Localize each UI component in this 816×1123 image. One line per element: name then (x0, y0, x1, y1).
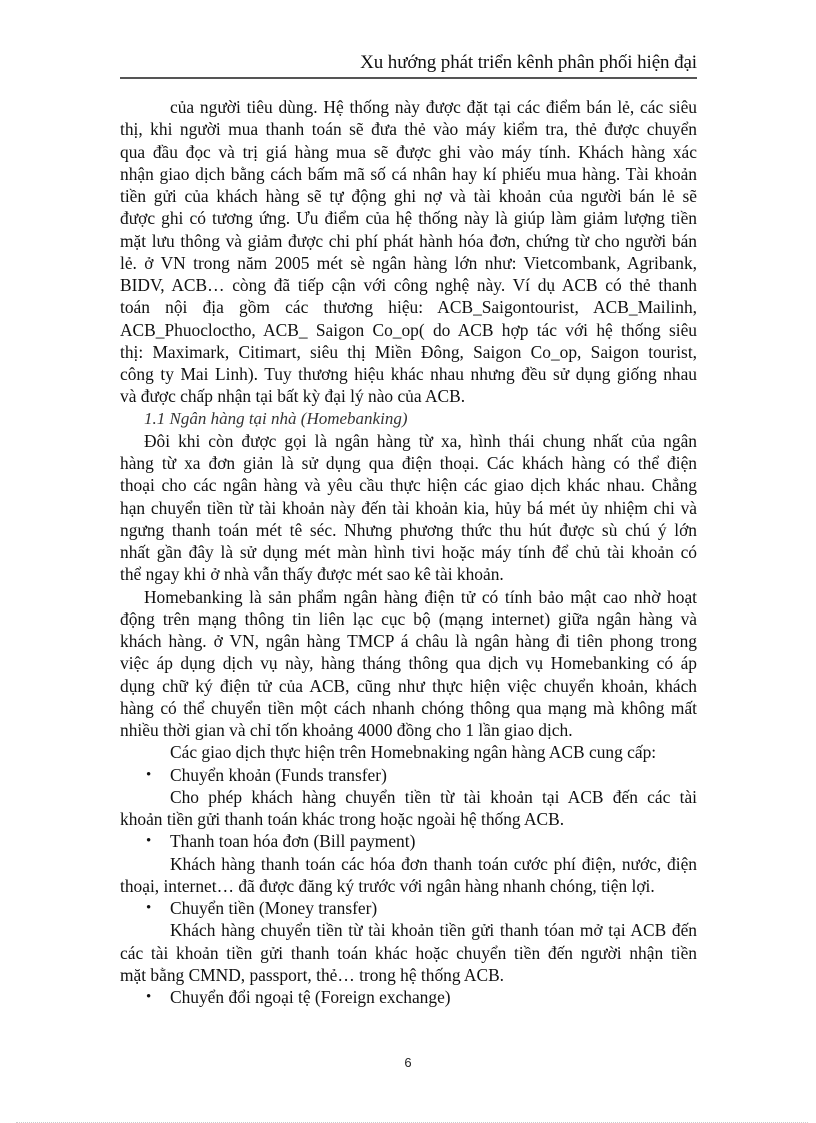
text-line: của người tiêu dùng. Hệ thống này được đ… (120, 96, 697, 118)
text-line: BIDV, ACB… còng đã tiếp cận với công ngh… (120, 274, 697, 296)
text-line: Khách hàng thanh toán các hóa đơn thanh … (120, 853, 697, 875)
bullet-item: Chuyển đổi ngoại tệ (Foreign exchange) (120, 986, 697, 1008)
text-line: việc áp dụng dịch vụ này, hàng tháng thô… (120, 652, 697, 674)
text-line: động trên mạng thông tin liên lạc cục bộ… (120, 608, 697, 630)
text-line: ACB_Phuocloctho, ACB_ Saigon Co_op( do A… (120, 319, 697, 341)
text-line: tiền gửi của khách hàng sẽ tự động ghi n… (120, 185, 697, 207)
text-line: thị: Maximark, Citimart, siêu thị Miền Đ… (120, 341, 697, 363)
text-line: thể ngay khi ở nhà vẫn thấy được mét sao… (120, 563, 697, 585)
bullet-item: Chuyển khoản (Funds transfer) (120, 764, 697, 786)
text-line: Cho phép khách hàng chuyển tiền từ tài k… (120, 786, 697, 808)
text-line: ngưng thanh toán mét tê séc. Nhưng phươn… (120, 519, 697, 541)
page-header: Xu hướng phát triển kênh phân phối hiện … (120, 48, 697, 79)
text-line: hàng từ xa đơn giản là sử dụng qua điện … (120, 452, 697, 474)
section-heading: 1.1 Ngân hàng tại nhà (Homebanking) (120, 408, 697, 430)
text-line: hạn chuyển tiền từ tài khoản này đến tài… (120, 497, 697, 519)
text-line: và được chấp nhận tại bất kỳ đại lý nào … (120, 385, 697, 407)
text-line: thoại cho các ngân hàng và yêu cầu thực … (120, 474, 697, 496)
text-line: dụng chữ ký điện tử của ACB, cũng như th… (120, 675, 697, 697)
text-line: nhiều thời gian và chỉ tốn khoảng 4000 đ… (120, 719, 697, 741)
text-line: nhất gần đây là sử dụng mét màn hình tiv… (120, 541, 697, 563)
text-line: Khách hàng chuyển tiền từ tài khoản tiền… (120, 919, 697, 941)
bullet-item: Thanh toan hóa đơn (Bill payment) (120, 830, 697, 852)
text-line: Đôi khi còn được gọi là ngân hàng từ xa,… (120, 430, 697, 452)
bullet-item: Chuyển tiền (Money transfer) (120, 897, 697, 919)
text-line: khách hàng. ở VN, ngân hàng TMCP á châu … (120, 630, 697, 652)
text-line: được ghi có tương ứng. Ưu điểm của hệ th… (120, 207, 697, 229)
text-line: toán nội địa gồm các thương hiệu: ACB_Sa… (120, 296, 697, 318)
text-line: mặt lưu thông và giảm được chi phí phát … (120, 230, 697, 252)
text-line: Các giao dịch thực hiện trên Homebnaking… (120, 741, 697, 763)
text-line: hàng có thể chuyển tiền một cách nhanh c… (120, 697, 697, 719)
text-line: khoản tiền gửi thanh toán khác trong hoặ… (120, 808, 697, 830)
header-title: Xu hướng phát triển kênh phân phối hiện … (360, 52, 697, 73)
text-line: lẻ. ở VN trong năm 2005 mét sè ngân hàng… (120, 252, 697, 274)
text-line: công ty Mai Linh). Tuy thương hiệu khác … (120, 363, 697, 385)
text-line: thoại, internet… đã được đăng ký trước v… (120, 875, 697, 897)
text-line: thị, khi người mua thanh toán sẽ đưa thẻ… (120, 118, 697, 140)
document-body: của người tiêu dùng. Hệ thống này được đ… (120, 96, 697, 1008)
page-number: 6 (0, 1055, 816, 1070)
text-line: mặt bằng CMND, passport, thẻ… trong hệ t… (120, 964, 697, 986)
text-line: nhận giao dịch bằng cách bấm mã số cá nh… (120, 163, 697, 185)
text-line: Homebanking là sản phẩm ngân hàng điện t… (120, 586, 697, 608)
text-line: các tài khoản tiền gửi thanh toán khác h… (120, 942, 697, 964)
text-line: qua đầu đọc và trị giá hàng mua sẽ được … (120, 141, 697, 163)
